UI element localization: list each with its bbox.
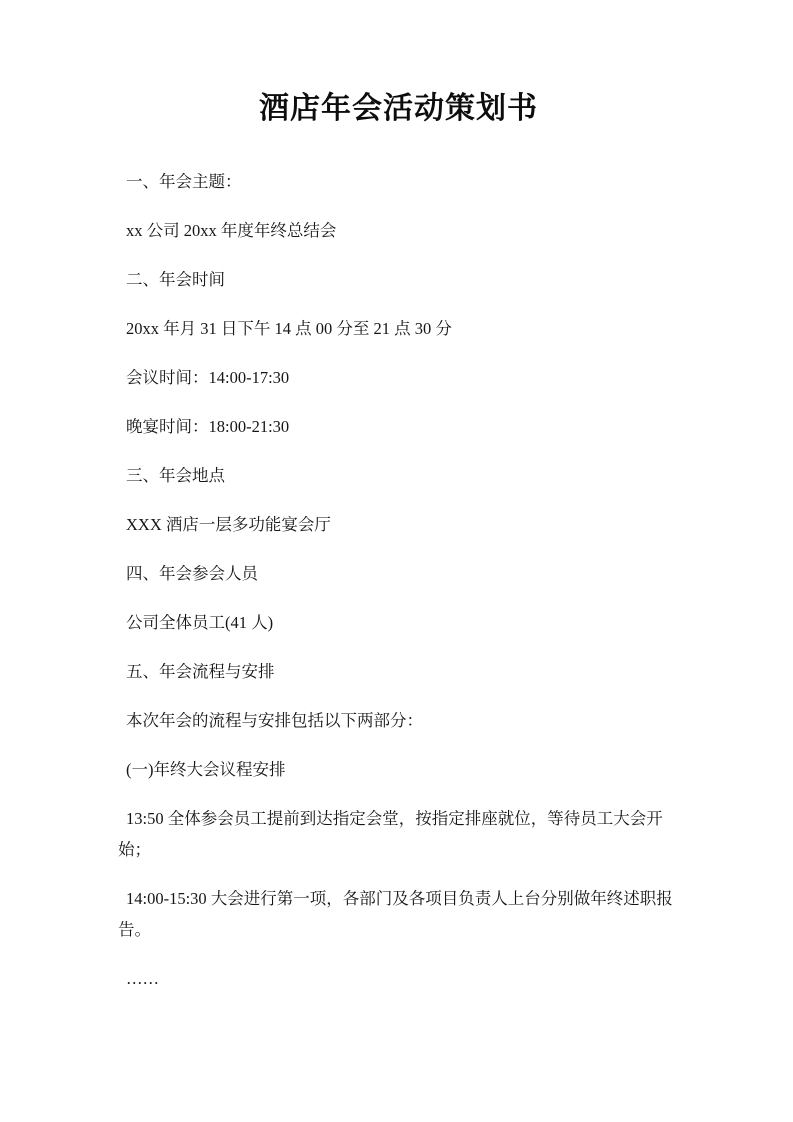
paragraph: 晚宴时间：18:00-21:30 [118,411,679,442]
paragraph: 13:50 全体参会员工提前到达指定会堂，按指定排座就位，等待员工大会开始； [118,803,679,865]
document-page: 酒店年会活动策划书 一、年会主题： xx 公司 20xx 年度年终总结会 二、年… [0,0,793,1122]
paragraph: 二、年会时间 [118,264,679,295]
paragraph: (一)年终大会议程安排 [118,754,679,785]
paragraph: XXX 酒店一层多功能宴会厅 [118,509,679,540]
paragraph: 会议时间：14:00-17:30 [118,362,679,393]
paragraph: 本次年会的流程与安排包括以下两部分： [118,705,679,736]
paragraph-ellipsis: …… [118,963,679,994]
paragraph: 三、年会地点 [118,460,679,491]
paragraph: 一、年会主题： [118,166,679,197]
paragraph: 14:00-15:30 大会进行第一项，各部门及各项目负责人上台分别做年终述职报… [118,883,679,945]
paragraph: xx 公司 20xx 年度年终总结会 [118,215,679,246]
document-title: 酒店年会活动策划书 [118,88,679,130]
paragraph: 公司全体员工(41 人) [118,607,679,638]
paragraph: 20xx 年月 31 日下午 14 点 00 分至 21 点 30 分 [118,313,679,344]
paragraph: 四、年会参会人员 [118,558,679,589]
paragraph: 五、年会流程与安排 [118,656,679,687]
